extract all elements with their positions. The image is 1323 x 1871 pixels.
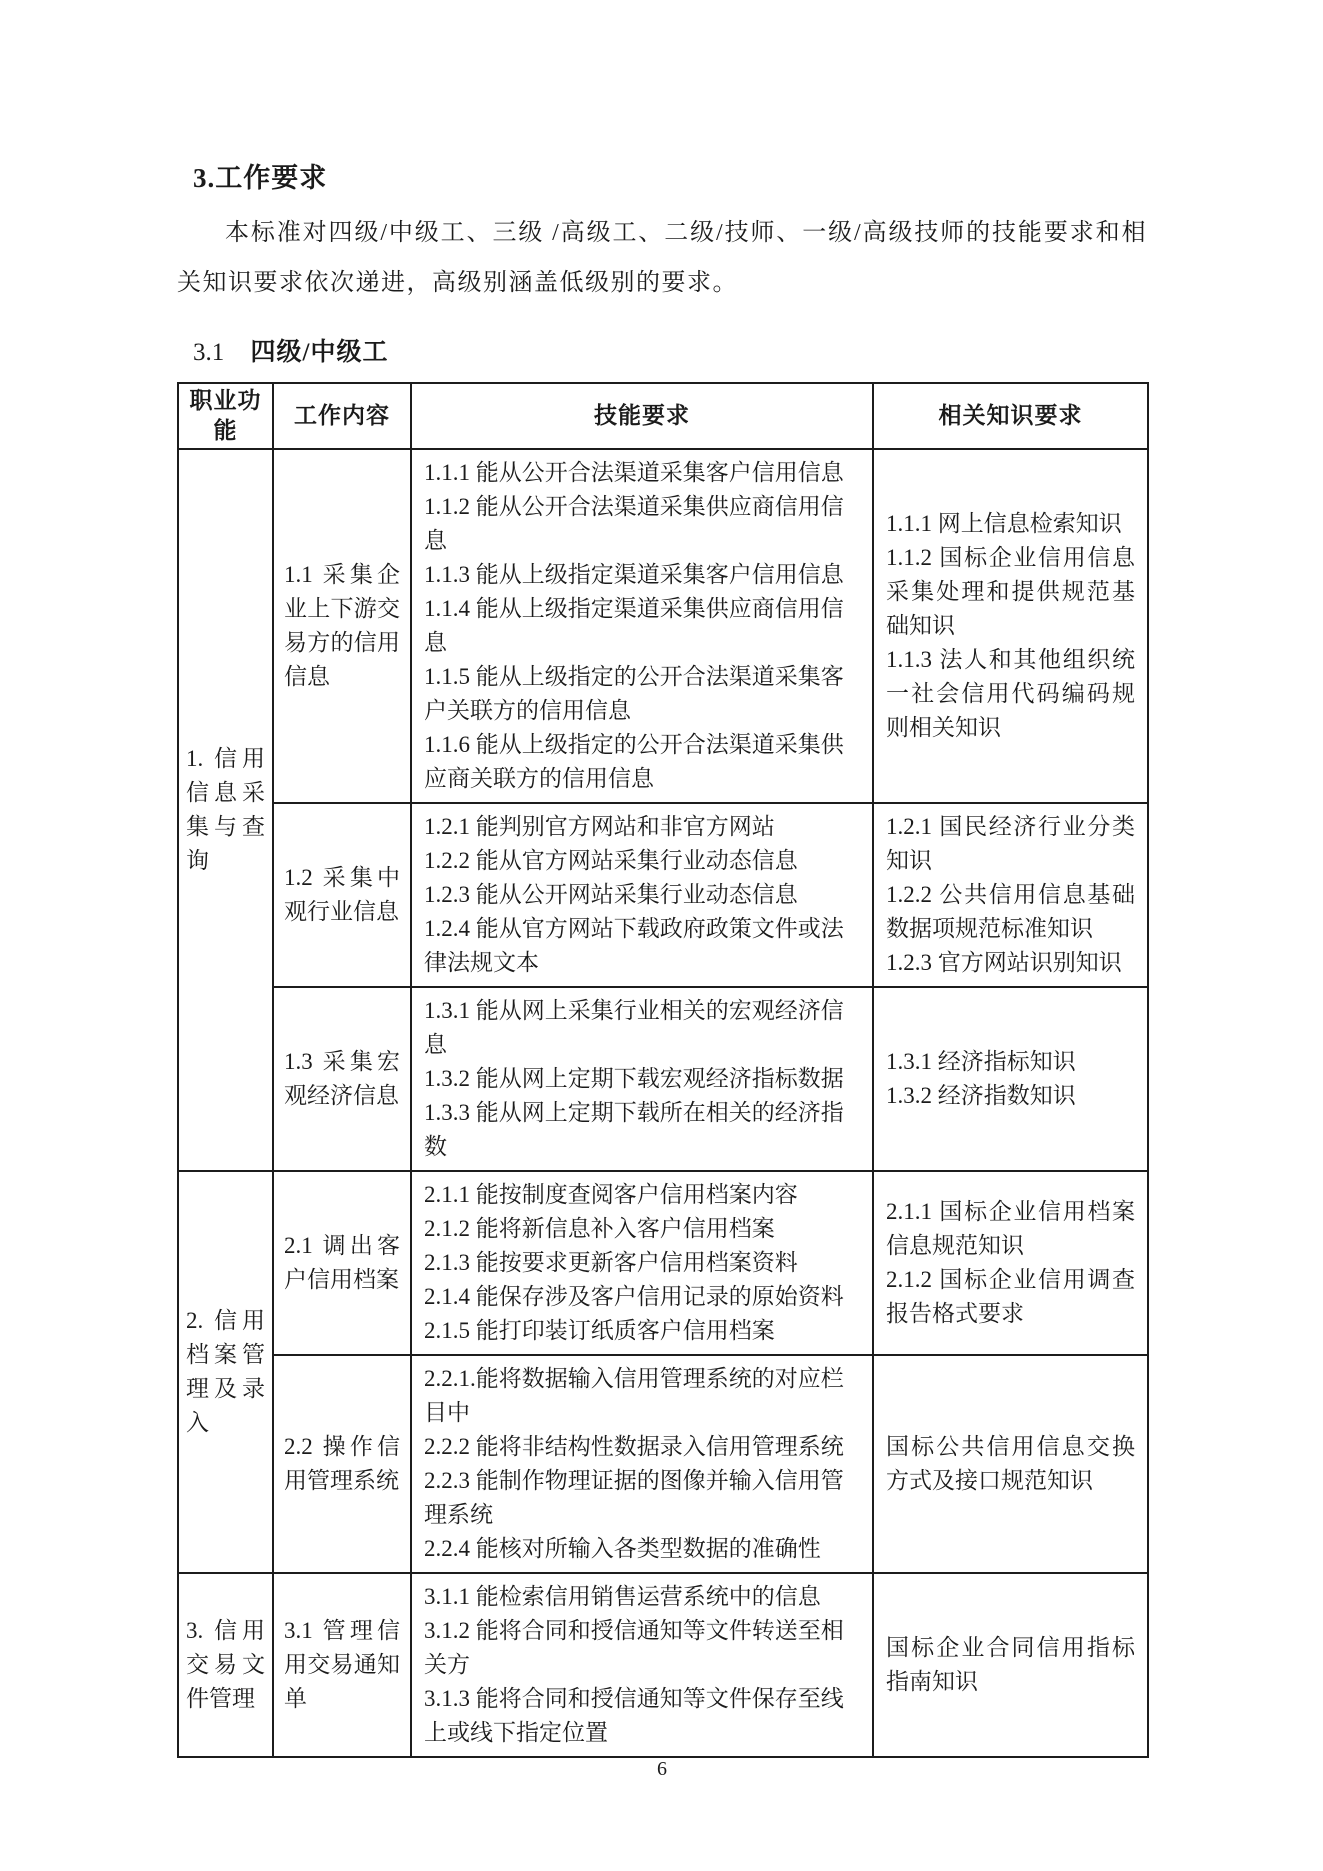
intro-paragraph: 本标准对四级/中级工、三级 /高级工、二级/技师、一级/高级技师的技能要求和相关… (177, 208, 1147, 308)
knowledge-item: 1.1.3 法人和其他组织统一社会信用代码编码规则相关知识 (886, 643, 1135, 745)
function-cell: 2. 信用档案管理及录入 (178, 1171, 273, 1573)
skill-item: 1.1.3 能从上级指定渠道采集客户信用信息 (424, 558, 852, 592)
skill-item: 2.1.3 能按要求更新客户信用档案资料 (424, 1246, 852, 1280)
table-row: 2.2 操作信用管理系统2.2.1.能将数据输入信用管理系统的对应栏目中2.2.… (178, 1355, 1148, 1573)
work-content-cell: 3.1 管理信用交易通知单 (273, 1573, 411, 1757)
work-content-cell: 1.3 采集宏观经济信息 (273, 987, 411, 1171)
knowledge-item: 国标公共信用信息交换方式及接口规范知识 (886, 1430, 1135, 1498)
header-occupational-function: 职业功能 (178, 383, 273, 449)
requirements-table: 职业功能 工作内容 技能要求 相关知识要求 1. 信用信息采集与查询1.1 采集… (177, 382, 1149, 1758)
knowledge-cell: 1.3.1 经济指标知识1.3.2 经济指数知识 (873, 987, 1148, 1171)
skill-item: 1.2.3 能从公开网站采集行业动态信息 (424, 878, 852, 912)
function-cell: 3. 信用交易文件管理 (178, 1573, 273, 1757)
skill-item: 3.1.3 能将合同和授信通知等文件保存至线上或线下指定位置 (424, 1682, 852, 1750)
skill-item: 1.1.2 能从公开合法渠道采集供应商信用信息 (424, 490, 852, 558)
skill-item: 1.2.1 能判别官方网站和非官方网站 (424, 810, 852, 844)
skill-item: 1.1.6 能从上级指定的公开合法渠道采集供应商关联方的信用信息 (424, 728, 852, 796)
skill-item: 1.3.3 能从网上定期下载所在相关的经济指数 (424, 1096, 852, 1164)
knowledge-cell: 1.2.1 国民经济行业分类知识1.2.2 公共信用信息基础数据项规范标准知识1… (873, 803, 1148, 987)
knowledge-cell: 国标企业合同信用指标指南知识 (873, 1573, 1148, 1757)
header-skill-requirements: 技能要求 (411, 383, 873, 449)
skill-item: 2.1.2 能将新信息补入客户信用档案 (424, 1212, 852, 1246)
skill-item: 2.1.1 能按制度查阅客户信用档案内容 (424, 1178, 852, 1212)
function-cell: 1. 信用信息采集与查询 (178, 449, 273, 1171)
page-number: 6 (177, 1758, 1147, 1781)
knowledge-item: 1.3.1 经济指标知识 (886, 1045, 1135, 1079)
skills-cell: 1.3.1 能从网上采集行业相关的宏观经济信息1.3.2 能从网上定期下载宏观经… (411, 987, 873, 1171)
section-heading: 3.工作要求 (193, 160, 1147, 196)
skill-item: 1.1.1 能从公开合法渠道采集客户信用信息 (424, 456, 852, 490)
work-content-cell: 2.1 调出客户信用档案 (273, 1171, 411, 1355)
skill-item: 2.1.4 能保存涉及客户信用记录的原始资料 (424, 1280, 852, 1314)
skill-item: 3.1.2 能将合同和授信通知等文件转送至相关方 (424, 1614, 852, 1682)
skill-item: 3.1.1 能检索信用销售运营系统中的信息 (424, 1580, 852, 1614)
knowledge-item: 1.2.3 官方网站识别知识 (886, 946, 1135, 980)
table-row: 1.3 采集宏观经济信息1.3.1 能从网上采集行业相关的宏观经济信息1.3.2… (178, 987, 1148, 1171)
header-knowledge-requirements: 相关知识要求 (873, 383, 1148, 449)
skill-item: 1.1.5 能从上级指定的公开合法渠道采集客户关联方的信用信息 (424, 660, 852, 728)
work-content-cell: 1.2 采集中观行业信息 (273, 803, 411, 987)
knowledge-cell: 1.1.1 网上信息检索知识1.1.2 国标企业信用信息采集处理和提供规范基础知… (873, 449, 1148, 803)
knowledge-item: 2.1.1 国标企业信用档案信息规范知识 (886, 1195, 1135, 1263)
skill-item: 1.2.4 能从官方网站下载政府政策文件或法律法规文本 (424, 912, 852, 980)
skill-item: 1.2.2 能从官方网站采集行业动态信息 (424, 844, 852, 878)
document-page: 3.工作要求 本标准对四级/中级工、三级 /高级工、二级/技师、一级/高级技师的… (177, 0, 1147, 1871)
skills-cell: 1.1.1 能从公开合法渠道采集客户信用信息1.1.2 能从公开合法渠道采集供应… (411, 449, 873, 803)
subsection-heading: 3.1 四级/中级工 (193, 336, 1147, 370)
skill-item: 1.3.2 能从网上定期下载宏观经济指标数据 (424, 1062, 852, 1096)
knowledge-item: 2.1.2 国标企业信用调查报告格式要求 (886, 1263, 1135, 1331)
table-row: 1. 信用信息采集与查询1.1 采集企业上下游交易方的信用信息1.1.1 能从公… (178, 449, 1148, 803)
skill-item: 2.2.1.能将数据输入信用管理系统的对应栏目中 (424, 1362, 852, 1430)
skill-item: 2.2.4 能核对所输入各类型数据的准确性 (424, 1532, 852, 1566)
skill-item: 2.2.3 能制作物理证据的图像并输入信用管理系统 (424, 1464, 852, 1532)
skills-cell: 2.2.1.能将数据输入信用管理系统的对应栏目中2.2.2 能将非结构性数据录入… (411, 1355, 873, 1573)
skill-item: 2.2.2 能将非结构性数据录入信用管理系统 (424, 1430, 852, 1464)
work-content-cell: 1.1 采集企业上下游交易方的信用信息 (273, 449, 411, 803)
skills-cell: 2.1.1 能按制度查阅客户信用档案内容2.1.2 能将新信息补入客户信用档案2… (411, 1171, 873, 1355)
knowledge-item: 国标企业合同信用指标指南知识 (886, 1631, 1135, 1699)
knowledge-item: 1.1.1 网上信息检索知识 (886, 507, 1135, 541)
skill-item: 2.1.5 能打印装订纸质客户信用档案 (424, 1314, 852, 1348)
knowledge-cell: 2.1.1 国标企业信用档案信息规范知识2.1.2 国标企业信用调查报告格式要求 (873, 1171, 1148, 1355)
subsection-number: 3.1 (193, 339, 224, 366)
knowledge-item: 1.2.2 公共信用信息基础数据项规范标准知识 (886, 878, 1135, 946)
table-row: 1.2 采集中观行业信息1.2.1 能判别官方网站和非官方网站1.2.2 能从官… (178, 803, 1148, 987)
table-row: 3. 信用交易文件管理3.1 管理信用交易通知单3.1.1 能检索信用销售运营系… (178, 1573, 1148, 1757)
knowledge-cell: 国标公共信用信息交换方式及接口规范知识 (873, 1355, 1148, 1573)
subsection-title: 四级/中级工 (251, 339, 389, 366)
skills-cell: 1.2.1 能判别官方网站和非官方网站1.2.2 能从官方网站采集行业动态信息1… (411, 803, 873, 987)
work-content-cell: 2.2 操作信用管理系统 (273, 1355, 411, 1573)
table-header-row: 职业功能 工作内容 技能要求 相关知识要求 (178, 383, 1148, 449)
table-row: 2. 信用档案管理及录入2.1 调出客户信用档案2.1.1 能按制度查阅客户信用… (178, 1171, 1148, 1355)
skill-item: 1.3.1 能从网上采集行业相关的宏观经济信息 (424, 994, 852, 1062)
skill-item: 1.1.4 能从上级指定渠道采集供应商信用信息 (424, 592, 852, 660)
header-work-content: 工作内容 (273, 383, 411, 449)
knowledge-item: 1.1.2 国标企业信用信息采集处理和提供规范基础知识 (886, 541, 1135, 643)
knowledge-item: 1.2.1 国民经济行业分类知识 (886, 810, 1135, 878)
table-body: 1. 信用信息采集与查询1.1 采集企业上下游交易方的信用信息1.1.1 能从公… (178, 449, 1148, 1757)
skills-cell: 3.1.1 能检索信用销售运营系统中的信息3.1.2 能将合同和授信通知等文件转… (411, 1573, 873, 1757)
knowledge-item: 1.3.2 经济指数知识 (886, 1079, 1135, 1113)
